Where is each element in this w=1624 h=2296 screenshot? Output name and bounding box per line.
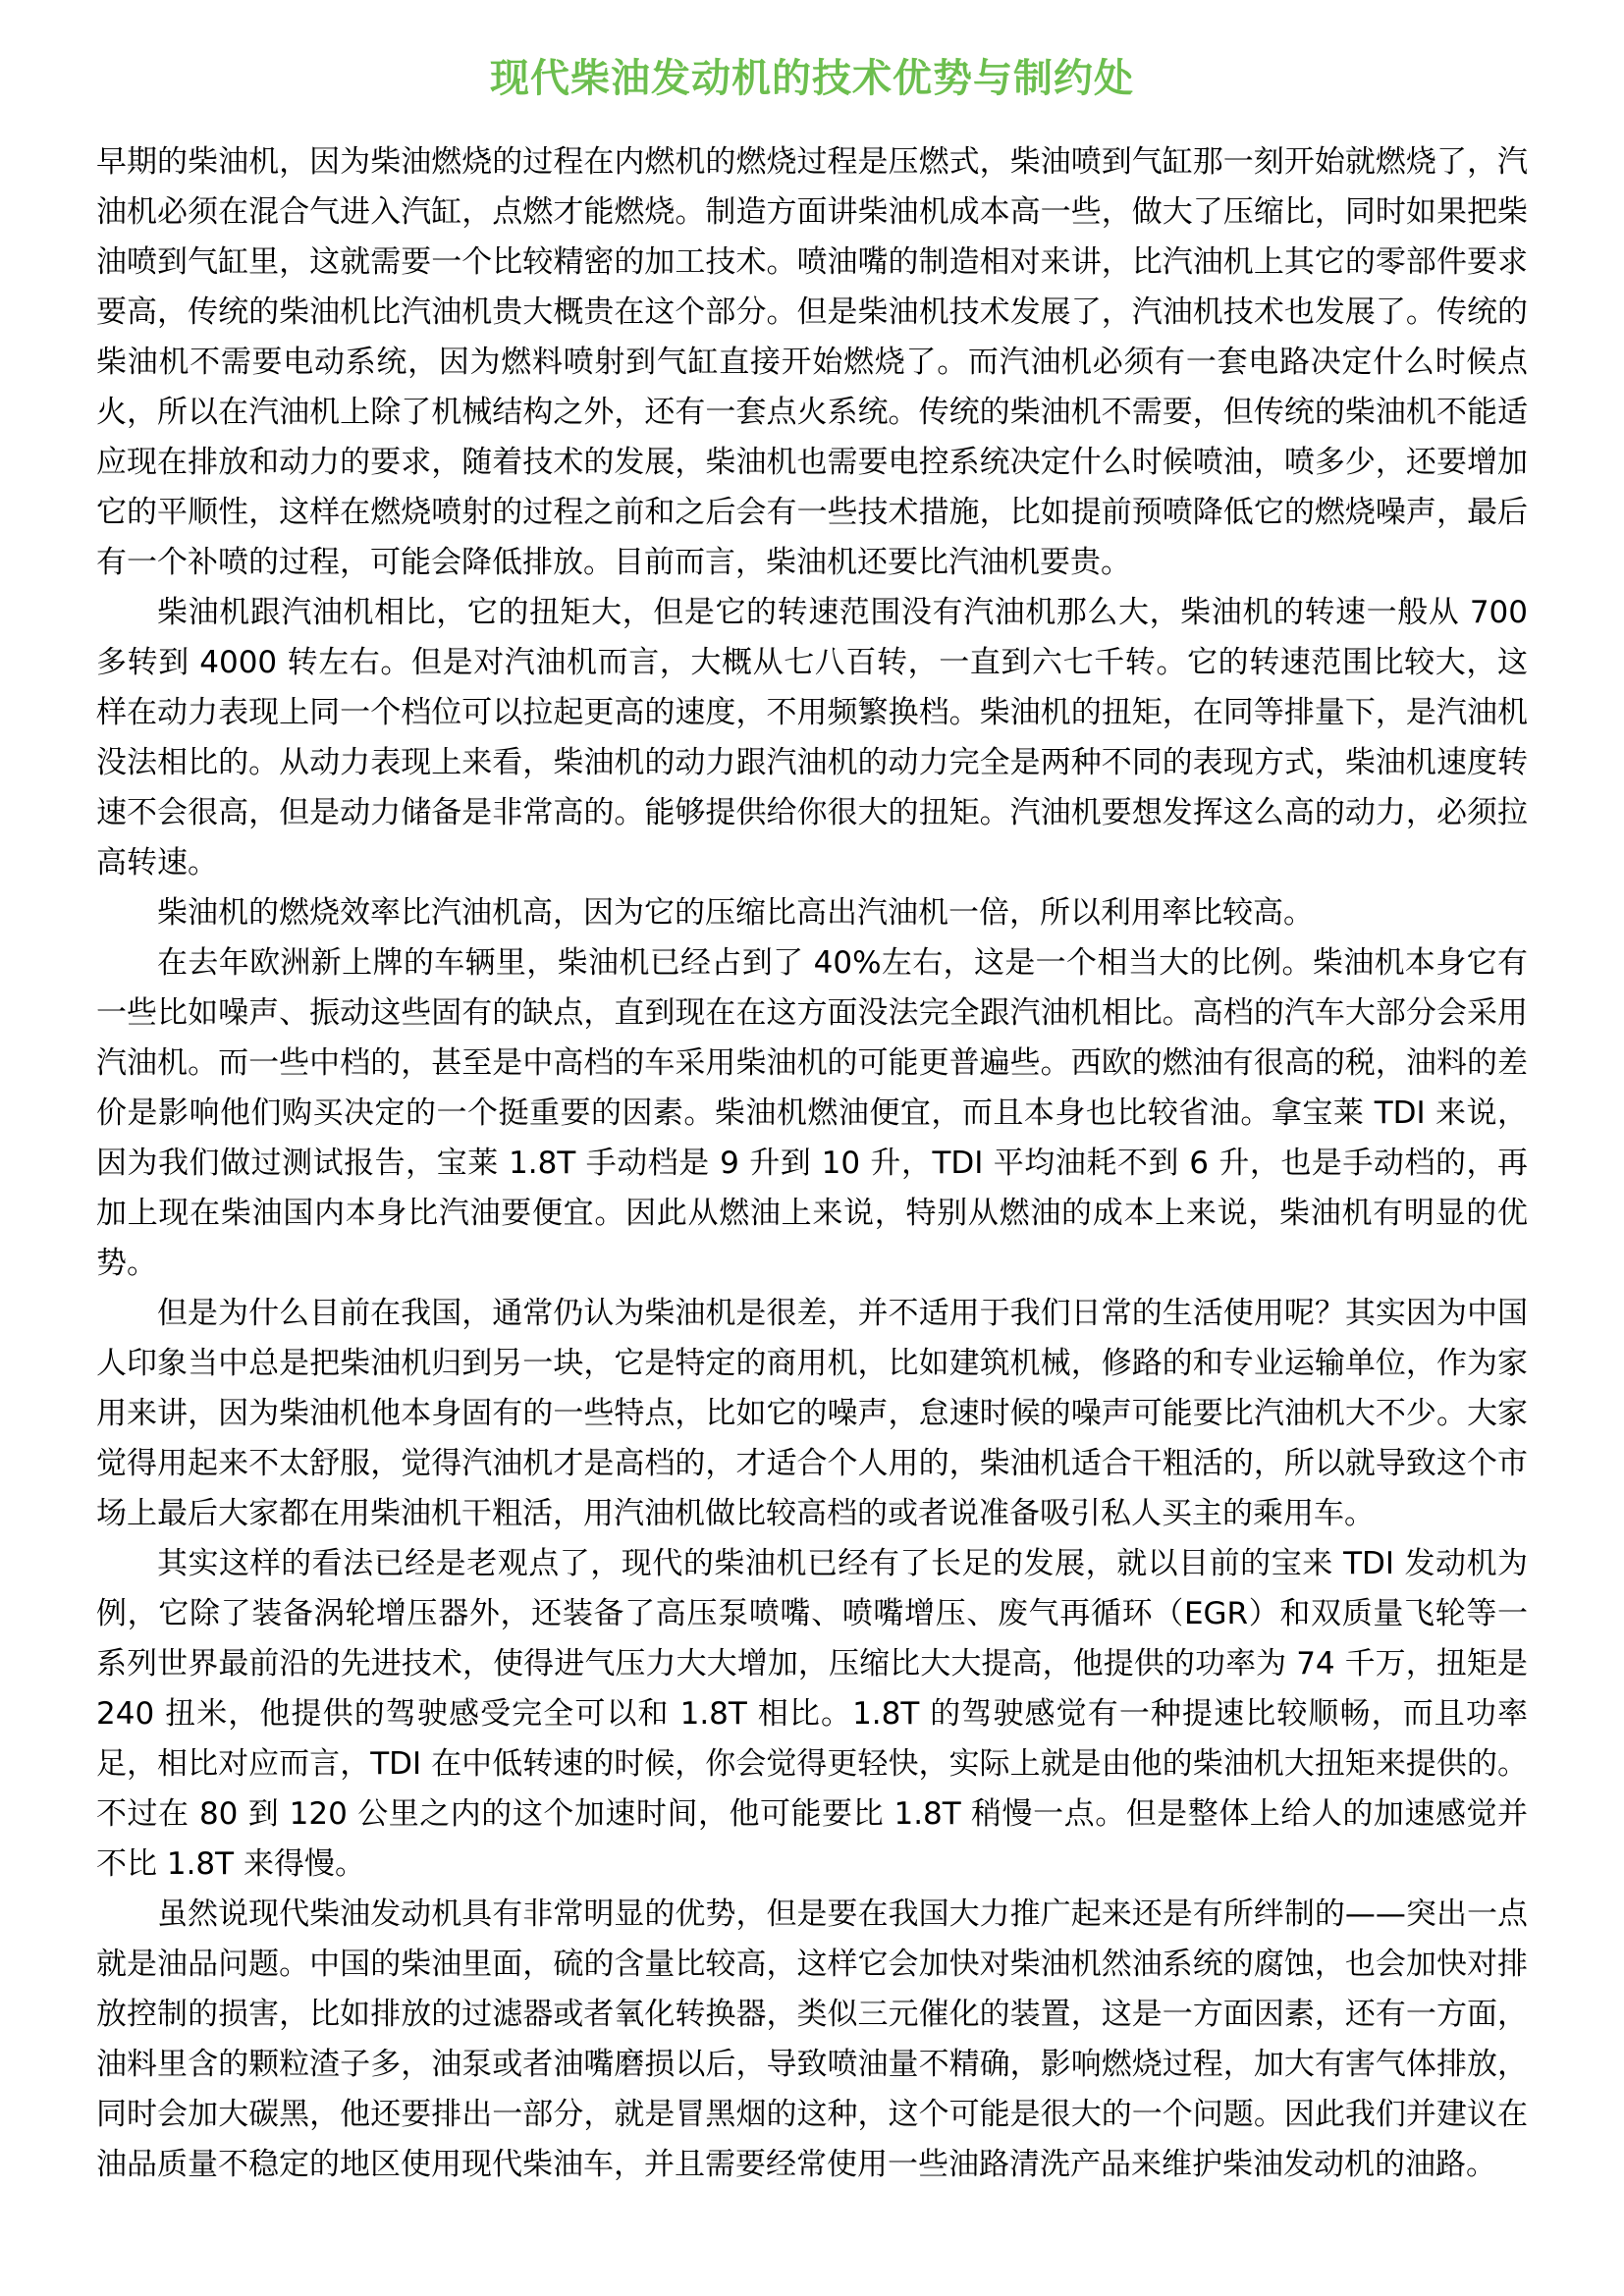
paragraph-torque-comparison: 柴油机跟汽油机相比，它的扭矩大，但是它的转速范围没有汽油机那么大，柴油机的转速一… bbox=[96, 588, 1528, 888]
document-page: 现代柴油发动机的技术优势与制约处 早期的柴油机，因为柴油燃烧的过程在内燃机的燃烧… bbox=[0, 0, 1624, 2296]
paragraph-early-diesel: 早期的柴油机，因为柴油燃烧的过程在内燃机的燃烧过程是压燃式，柴油喷到气缸那一刻开… bbox=[96, 137, 1528, 588]
page-title: 现代柴油发动机的技术优势与制约处 bbox=[96, 55, 1528, 102]
paragraph-china-perception: 但是为什么目前在我国，通常仍认为柴油机是很差，并不适用于我们日常的生活使用呢？其… bbox=[96, 1289, 1528, 1539]
paragraph-europe-market: 在去年欧洲新上牌的车辆里，柴油机已经占到了 40%左右，这是一个相当大的比例。柴… bbox=[96, 938, 1528, 1289]
paragraph-fuel-quality-constraint: 虽然说现代柴油发动机具有非常明显的优势，但是要在我国大力推广起来还是有所绊制的—… bbox=[96, 1890, 1528, 2190]
paragraph-combustion-efficiency: 柴油机的燃烧效率比汽油机高，因为它的压缩比高出汽油机一倍，所以利用率比较高。 bbox=[96, 888, 1528, 938]
paragraph-modern-tdi-tech: 其实这样的看法已经是老观点了，现代的柴油机已经有了长足的发展，就以目前的宝来 T… bbox=[96, 1539, 1528, 1890]
